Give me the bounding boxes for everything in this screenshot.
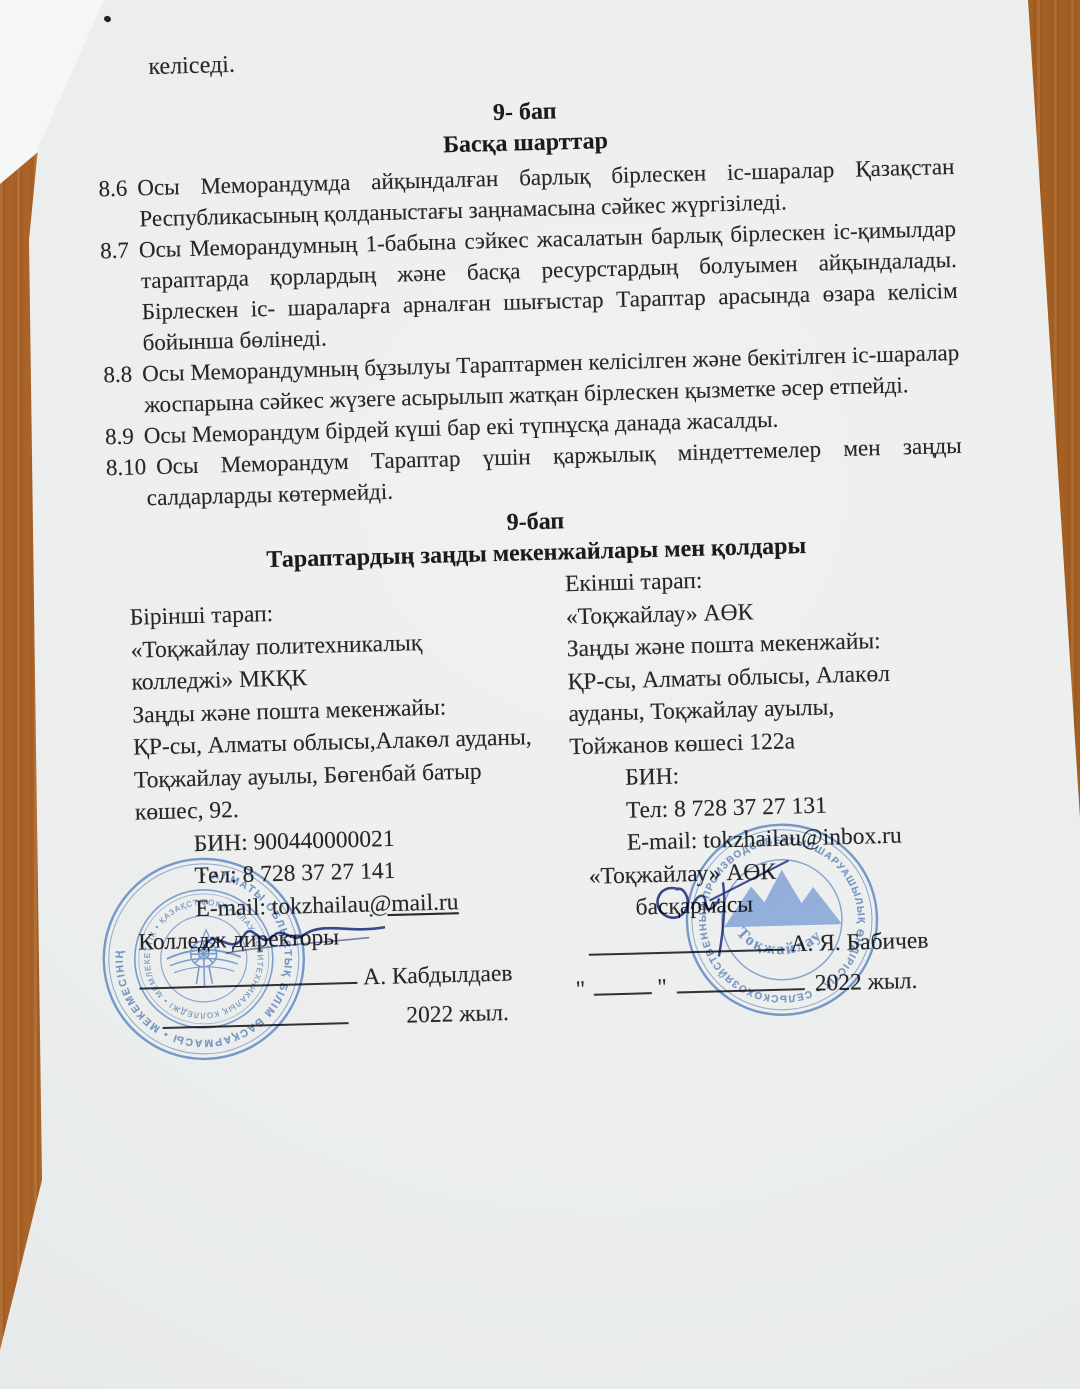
document-content: келіседі. 9- бап Басқа шарттар 8.6Осы Ме… (93, 19, 988, 1371)
clause-number: 8.7 (100, 237, 139, 263)
date-line (593, 968, 652, 996)
clause-8-7: 8.7Осы Меморандумның 1-бабына сэйкес жас… (100, 213, 959, 359)
quote-mark: " (575, 976, 587, 1002)
clause-number: 8.9 (105, 423, 144, 449)
photo-of-document: { "doc": { "intro": "келіседі.", "sectio… (0, 0, 1080, 1389)
clause-number: 8.8 (103, 361, 142, 387)
clause-number: 8.10 (106, 454, 157, 480)
signer-name: А. Кабдылдаев (363, 960, 513, 990)
signatures-section: Бірінші тарап: «Тоқжайлау политехникалық… (107, 558, 986, 1308)
intro-text: келіседі. (148, 31, 954, 83)
year-text: 2022 жыл. (406, 1000, 509, 1029)
clause-number: 8.6 (98, 175, 137, 201)
clause-list: 8.6Осы Меморандумда айқындалған барлық б… (98, 151, 963, 514)
signature-ink-right (642, 854, 795, 963)
clause-text: Осы Меморандумның 1-бабына сэйкес жасала… (139, 216, 958, 355)
signature-ink-left (198, 903, 390, 968)
quote-mark: " (657, 974, 669, 1000)
